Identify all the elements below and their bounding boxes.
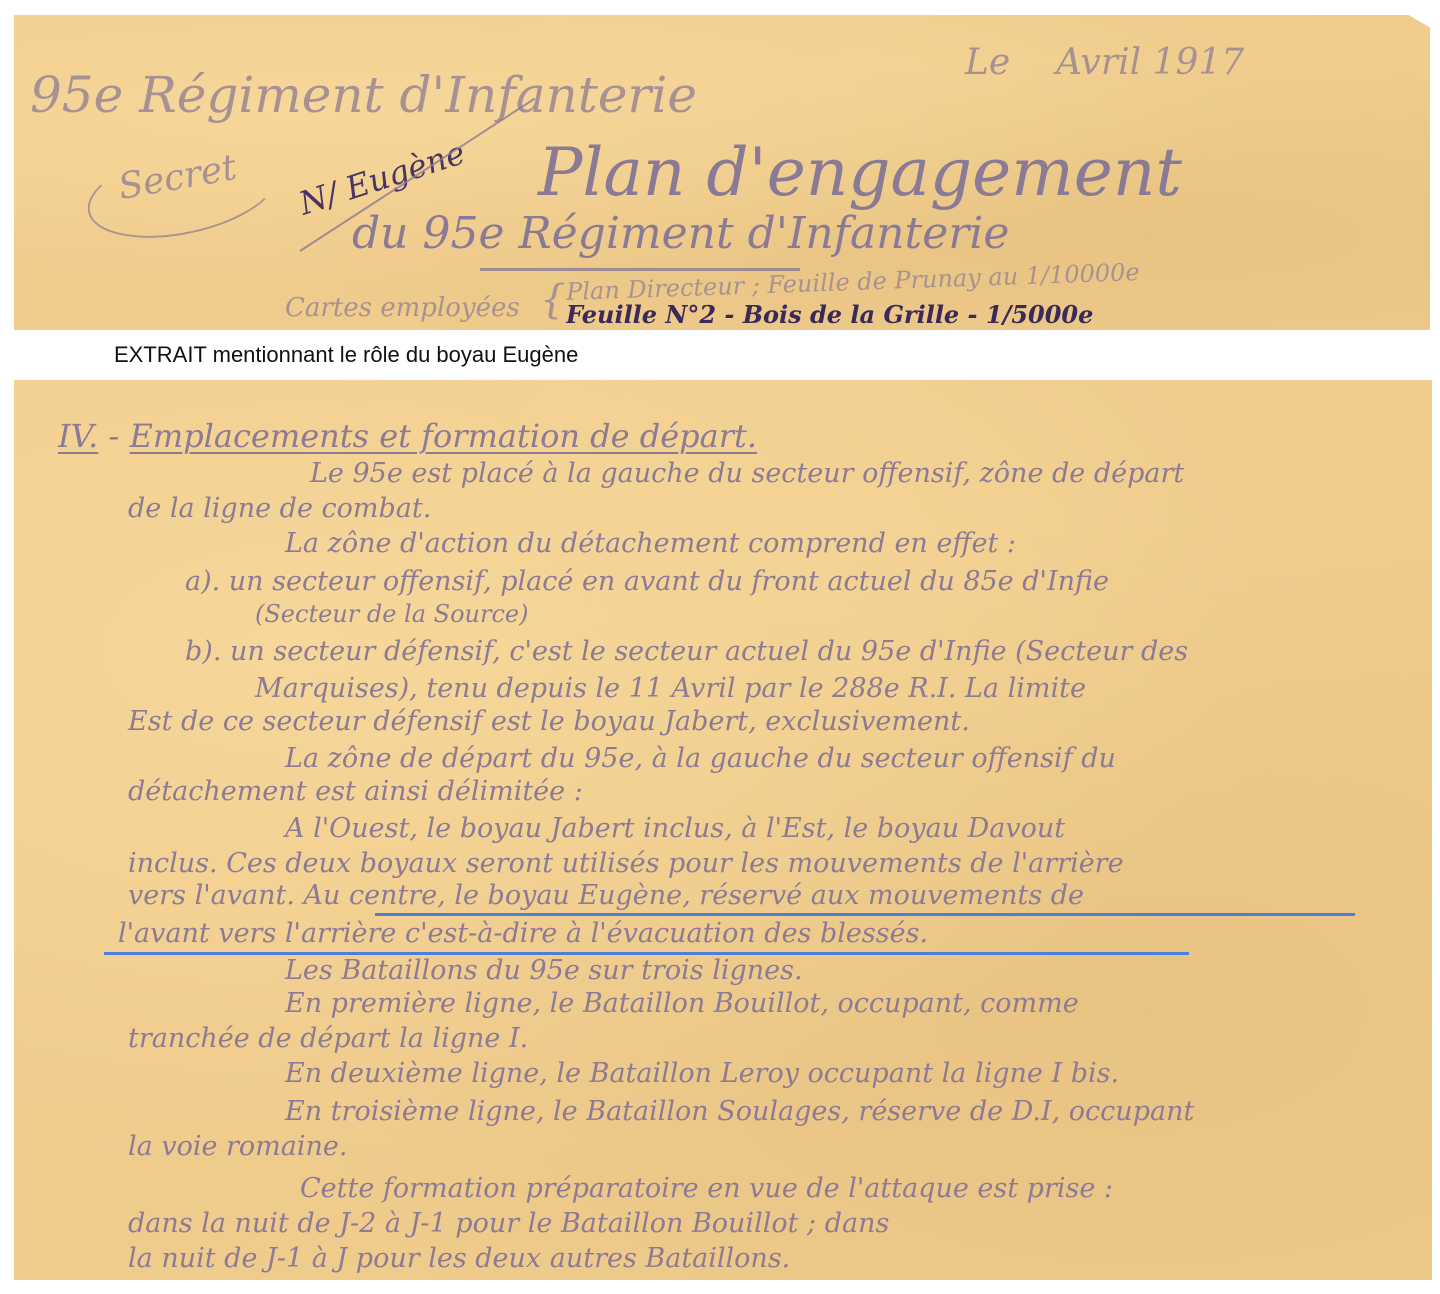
document-date: Le Avril 1917	[965, 45, 1244, 81]
plan-subtitle-text: du 95e Régiment d'Infanterie	[352, 208, 1009, 259]
body-line-highlighted-end: l'avant vers l'arrière c'est-à-dire à l'…	[118, 920, 928, 947]
body-line: Les Bataillons du 95e sur trois lignes.	[285, 957, 803, 984]
body-line-a: a). un secteur offensif, placé en avant …	[185, 568, 1109, 595]
body-line-highlighted-start: vers l'avant. Au centre, le boyau Eugène…	[128, 882, 1084, 909]
body-line: En première ligne, le Bataillon Bouillot…	[285, 990, 1079, 1017]
plan-title: Plan d'engagement	[538, 140, 1182, 206]
body-line: détachement est ainsi délimitée :	[128, 778, 583, 805]
body-line: La zône d'action du détachement comprend…	[285, 530, 1016, 557]
body-line: de la ligne de combat.	[128, 495, 431, 522]
body-line: A l'Ouest, le boyau Jabert inclus, à l'E…	[285, 815, 1065, 842]
body-line: Le 95e est placé à la gauche du secteur …	[310, 460, 1184, 487]
body-line: tranchée de départ la ligne I.	[128, 1025, 528, 1052]
body-line: En troisième ligne, le Bataillon Soulage…	[285, 1098, 1194, 1125]
body-line-b: b). un secteur défensif, c'est le secteu…	[185, 638, 1188, 665]
body-line: Marquises), tenu depuis le 11 Avril par …	[255, 675, 1086, 702]
section-number: IV.	[58, 417, 98, 455]
excerpt-caption: EXTRAIT mentionnant le rôle du boyau Eug…	[114, 342, 578, 368]
body-line: Est de ce secteur défensif est le boyau …	[128, 708, 970, 735]
maps-brace: {	[540, 280, 565, 320]
highlight-underline-1	[375, 913, 1355, 916]
body-line: la voie romaine.	[128, 1133, 347, 1160]
body-line: dans la nuit de J-2 à J-1 pour le Batail…	[128, 1210, 889, 1237]
section-title: Emplacements et formation de départ.	[129, 417, 757, 455]
regiment-heading: 95e Régiment d'Infanterie	[30, 70, 697, 120]
body-line: En deuxième ligne, le Bataillon Leroy oc…	[285, 1060, 1119, 1087]
maps-line-2: Feuille N°2 - Bois de la Grille - 1/5000…	[566, 303, 1093, 330]
maps-label: Cartes employées	[285, 295, 520, 321]
body-line: la nuit de J-1 à J pour les deux autres …	[128, 1245, 790, 1272]
body-line: La zône de départ du 95e, à la gauche du…	[285, 745, 1116, 772]
body-line: Cette formation préparatoire en vue de l…	[300, 1175, 1113, 1202]
body-line: inclus. Ces deux boyaux seront utilisés …	[128, 850, 1124, 877]
section-heading: IV. - Emplacements et formation de dépar…	[58, 420, 757, 452]
body-line: (Secteur de la Source)	[255, 602, 529, 626]
plan-subtitle: du 95e Régiment d'Infanterie	[352, 212, 1009, 256]
